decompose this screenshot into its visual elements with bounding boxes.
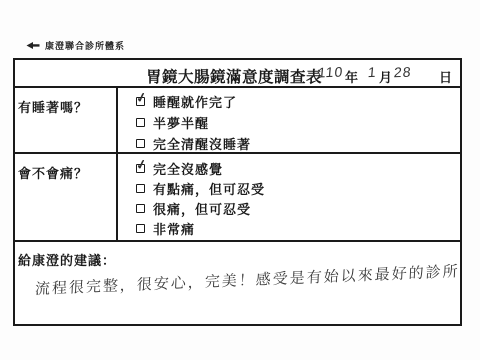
option-row: ✓ 很痛，但可忍受 [136,198,265,218]
checkbox: ✓ [136,139,145,148]
option-label: 半夢半醒 [153,113,209,132]
option-row: ✓ 半夢半醒 [136,112,251,133]
options-list: ✓ 睡醒就作完了 ✓ 半夢半醒 ✓ 完全清醒沒睡著 [118,88,251,152]
option-label: 有點痛，但可忍受 [153,179,265,198]
option-label: 很痛，但可忍受 [153,199,251,218]
option-row: ✓ 完全沒感覺 [136,158,265,178]
question-label: 有睡著嗎？ [18,100,88,115]
form-title: 胃鏡大腸鏡滿意度調查表 [146,65,322,87]
scanned-survey-page: 康澄聯合診所體系 胃鏡大腸鏡滿意度調查表 110 年 1 月 28 日 有睡著嗎… [0,0,480,360]
checkbox: ✓ [136,118,145,127]
survey-form-table: 胃鏡大腸鏡滿意度調查表 110 年 1 月 28 日 有睡著嗎？ ✓ 睡醒就作完… [13,58,462,326]
checkbox: ✓ [136,224,145,233]
handwritten-check-icon: ✓ [135,90,148,105]
option-label: 非常痛 [153,219,195,238]
option-row: ✓ 有點痛，但可忍受 [136,178,265,198]
question-label-cell: 會不會痛？ [15,154,118,240]
question-row-pain: 會不會痛？ ✓ 完全沒感覺 ✓ 有點痛，但可忍受 ✓ 很痛，但可忍受 ✓ 非常痛 [15,154,460,242]
question-row-sleep: 有睡著嗎？ ✓ 睡醒就作完了 ✓ 半夢半醒 ✓ 完全清醒沒睡著 [15,88,460,154]
date-month-value: 1 [367,64,377,80]
date-year-value: 110 [317,64,344,81]
option-label: 睡醒就作完了 [153,92,237,111]
option-row: ✓ 睡醒就作完了 [136,91,251,112]
question-label: 會不會痛？ [18,166,88,181]
handwritten-check-icon: ✓ [135,157,148,172]
form-header-row: 胃鏡大腸鏡滿意度調查表 110 年 1 月 28 日 [15,60,460,88]
option-label: 完全沒感覺 [153,159,223,178]
date-month-unit: 月 [379,67,392,86]
option-row: ✓ 完全清醒沒睡著 [136,133,251,154]
checkbox: ✓ [136,97,145,106]
option-row: ✓ 非常痛 [136,218,265,238]
suggestion-label: 給康澄的建議： [18,253,116,268]
checkbox: ✓ [136,164,145,173]
date-day-unit: 日 [439,67,452,86]
question-label-cell: 有睡著嗎？ [15,88,118,152]
arrow-left-icon [26,41,40,50]
suggestion-row: 給康澄的建議： 流程很完整，很安心，完美！感受是有始以來最好的診所 [15,242,460,318]
options-list: ✓ 完全沒感覺 ✓ 有點痛，但可忍受 ✓ 很痛，但可忍受 ✓ 非常痛 [118,154,265,240]
date-day-value: 28 [393,64,412,81]
clinic-logo-text: 康澄聯合診所體系 [45,39,125,52]
date-year-unit: 年 [345,67,358,86]
checkbox: ✓ [136,184,145,193]
clinic-logo: 康澄聯合診所體系 [26,39,125,52]
option-label: 完全清醒沒睡著 [153,134,251,153]
checkbox: ✓ [136,204,145,213]
